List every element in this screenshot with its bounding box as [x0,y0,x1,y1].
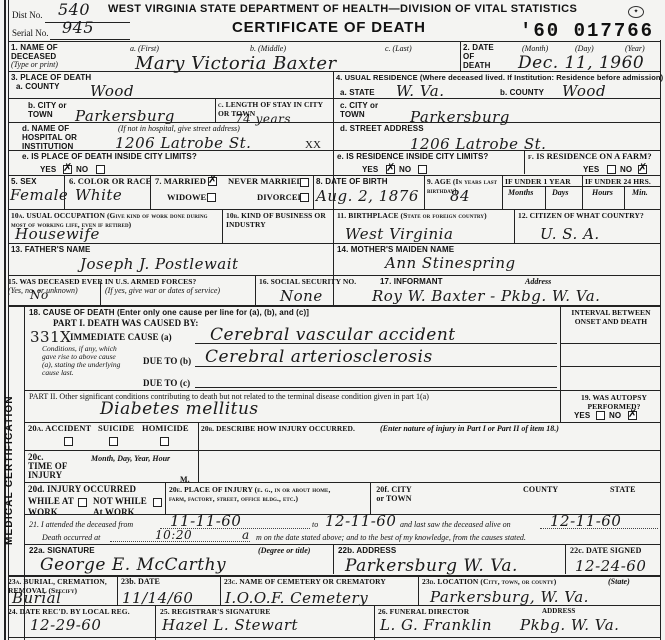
dotted-line [540,528,658,529]
armed-value: No [30,288,49,302]
rule [24,450,660,451]
attended-to: 12-11-60 [325,512,396,530]
injury-occurred-label: 20d. INJURY OCCURRED [28,485,136,494]
farm-yes-checkbox[interactable] [607,165,616,174]
rule [64,175,65,209]
father-label: 13. FATHER'S NAME [11,245,90,254]
injury-county-label: COUNTY [523,485,558,494]
farm-no-checkbox[interactable] [638,165,647,174]
hospital-hint: (If not in hospital, give street address… [118,124,240,133]
cemetery-label: 23c. NAME OF CEMETERY OR CREMATORY [224,577,386,586]
dotted-line [110,541,250,542]
burial-date-label: 23b. DATE [121,577,160,586]
dob-value: Aug. 2, 1876 [316,187,419,205]
funeral-director-value: L. G. Franklin [380,616,492,634]
pod-city-label: b. CITY or TOWN [28,101,68,119]
pod-no-label: NO [76,165,88,174]
time-of-injury-label: 20c. TIME OF INJURY [28,453,68,480]
widowed-label: WIDOWED [167,193,213,202]
autopsy-yes-checkbox[interactable] [596,411,605,420]
rule [8,605,660,606]
state-seal-icon: ✦ [628,6,644,18]
armed-forces-label: 15. WAS DECEASED EVER IN U.S. ARMED FORC… [8,277,196,286]
not-while-at-work-checkbox[interactable] [153,498,162,507]
time-hint: Month, Day, Year, Hour [91,454,170,463]
rule [514,209,515,243]
while-at-work-checkbox[interactable] [78,498,87,507]
rule [333,544,334,574]
death-ampm: a [242,528,250,542]
pod-inside-limits-label: e. IS PLACE OF DEATH INSIDE CITY LIMITS? [22,152,197,161]
degree-label: (Degree or title) [258,546,310,555]
age-value: 84 [450,187,470,205]
farm-label: f. IS RESIDENCE ON A FARM? [528,152,652,161]
sex-label: 5. SEX [11,177,37,186]
divorced-checkbox[interactable] [300,193,309,202]
location-value: Parkersburg, W. Va. [430,588,589,606]
rule [370,482,371,514]
rule [582,175,583,209]
rule [560,390,561,422]
days-label: Days [552,188,568,197]
day-label: (Day) [575,44,594,53]
pod-county-label: a. COUNTY [16,82,60,91]
divorced-label: DIVORCED [257,193,304,202]
suicide-label: SUICIDE [98,424,134,433]
rule [524,150,525,174]
res-city: Parkersburg [410,108,510,126]
informant-value: Roy W. Baxter - Pkbg. W. Va. [372,287,600,305]
due-b-label: DUE TO (b) [143,357,191,366]
signature-label: 22a. SIGNATURE [29,546,95,555]
certificate-number: '60 017766 [520,20,654,42]
married-label: 7. MARRIED [155,177,206,186]
birthplace-label: 11. BIRTHPLACE (State or foreign country… [337,211,487,220]
rule [313,175,314,209]
rule [24,482,660,483]
immediate-value: Cerebral vascular accident [210,325,456,345]
mother-value: Ann Stinespring [385,254,516,272]
under1-label: IF UNDER 1 YEAR [505,177,571,186]
farm-no-label: NO [620,165,632,174]
rule [8,98,660,99]
business-label: 10b. KIND OF BUSINESS OR INDUSTRY [226,211,331,229]
address-label: 22b. ADDRESS [338,546,396,555]
physician-signature: George E. McCarthy [40,555,226,575]
name-sub: (Type or print) [11,60,58,69]
date-signed-label: 22c. DATE SIGNED [570,546,641,555]
rule [8,122,660,123]
sex-value: Female [10,186,68,204]
suicide-checkbox[interactable] [109,437,118,446]
dist-no-value: 540 [58,0,90,19]
hospital-label: d. NAME OF HOSPITAL OR INSTITUTION [22,124,107,151]
rule [165,482,166,514]
rule [560,366,660,367]
date-of-death-label: 2. DATE OF DEATH [463,43,503,70]
location-state-label: (State) [608,577,630,586]
medical-certification-label: MEDICAL CERTIFICATION [4,395,15,545]
res-yes-label: YES [362,165,378,174]
part2-value: Diabetes mellitus [100,399,259,419]
rule [195,343,557,344]
homicide-label: HOMICIDE [142,424,189,433]
dist-no-label: Dist No. [12,10,43,20]
funeral-director-label: 26. FUNERAL DIRECTOR [378,607,469,616]
rule [460,41,461,71]
autopsy-yes-label: YES [574,411,590,420]
immediate-label: IMMEDIATE CAUSE (a) [70,333,172,342]
year-label: (Year) [625,44,645,53]
ssn-label: 16. SOCIAL SECURITY NO. [259,277,356,286]
death-certificate: Dist No. 540 Serial No. 945 WEST VIRGINI… [0,0,665,640]
occupation-value: Housewife [15,225,100,243]
never-married-checkbox[interactable] [300,178,309,187]
accident-label: 20a. ACCIDENT [28,424,91,433]
autopsy-label: 19. WAS AUTOPSY PERFORMED? [570,393,658,411]
res-no-label: NO [399,165,411,174]
homicide-checkbox[interactable] [160,437,169,446]
last-label: c. (Last) [385,44,412,53]
informant-label: 17. INFORMANT [380,277,443,286]
rule [560,343,660,344]
race-value: White [75,186,122,204]
under24-label: IF UNDER 24 HRS. [585,177,651,186]
farm-yes-label: YES [583,165,599,174]
rule [545,186,546,209]
due-b-value: Cerebral arteriosclerosis [205,347,433,367]
pod-yes-label: YES [40,165,56,174]
rule [150,175,151,209]
rule [374,605,375,640]
rule [424,175,425,209]
informant-address-label: Address [525,277,551,286]
rule [8,41,660,42]
underline [50,39,130,40]
rule [195,366,557,367]
location-label: 23d. LOCATION (City, town, or county) [422,577,556,586]
rule [215,98,216,122]
date-signed-value: 12-24-60 [575,557,646,575]
rule [24,390,660,391]
middle-label: b. (Middle) [250,44,286,53]
rule [155,605,156,640]
attended-label: 21. I attended the deceased from [29,520,133,529]
death-occurred-suffix: m on the date stated above; and to the b… [256,533,526,542]
death-occurred-label: Death occurred at [42,533,100,542]
rule [195,387,557,388]
rule [117,575,118,605]
describe-label: 20b. DESCRIBE HOW INJURY OCCURRED. [201,424,355,433]
rule [198,422,199,482]
rule [220,575,221,605]
place-of-death-label: 3. PLACE OF DEATH [11,73,91,82]
to-label: to [312,520,318,529]
place-of-injury-label: 20e. PLACE OF INJURY (e. g., in or about… [169,485,344,503]
race-label: 6. COLOR OR RACE [69,177,151,186]
rule [8,637,660,638]
date-of-death-value: Dec. 11, 1960 [518,53,644,73]
rule [565,544,566,574]
due-c-label: DUE TO (c) [143,379,190,388]
rule [8,275,660,276]
months-label: Months [508,188,533,197]
ssn-value: None [280,287,323,305]
rule [255,275,256,305]
agency-title: WEST VIRGINIA STATE DEPARTMENT OF HEALTH… [108,3,577,15]
rule [502,175,503,209]
injury-city-label: 20f. CITY or TOWN [374,485,414,503]
min-label: Min. [632,188,648,197]
conditions-hint: Conditions, if any, which gave rise to a… [42,345,127,377]
res-inside-no-checkbox[interactable] [418,165,427,174]
rule [560,305,561,390]
month-label: (Month) [522,44,548,53]
birthplace-value: West Virginia [345,225,453,243]
certificate-title: CERTIFICATE OF DEATH [232,19,426,36]
never-married-label: NEVER MARRIED [228,177,303,186]
rule [8,243,660,244]
residence-label: 4. USUAL RESIDENCE (Where deceased lived… [336,73,663,82]
father-value: Joseph J. Postlewait [80,255,239,273]
rule [100,283,101,305]
rule [8,71,660,72]
border-right [660,40,661,640]
received-value: 12-29-60 [30,616,101,634]
res-county-label: b. COUNTY [500,88,544,97]
injury-state-label: STATE [610,485,636,494]
armed-hint2: (If yes, give war or dates of service) [105,286,220,295]
autopsy-no-checkbox[interactable] [628,411,637,420]
describe-hint: (Enter nature of injury in Part I or Par… [380,424,559,433]
res-city-label: c. CITY or TOWN [340,101,380,119]
serial-no-value: 945 [62,18,94,37]
street-label: d. STREET ADDRESS [340,124,424,133]
citizen-value: U. S. A. [540,225,600,243]
rule [624,186,625,209]
rule [418,575,419,605]
res-inside-yes-checkbox[interactable] [386,165,395,174]
death-time: 10:20 [155,528,192,542]
hours-label: Hours [592,188,613,197]
name-label: 1. NAME OF DECEASED [11,43,71,61]
autopsy-no-label: NO [609,411,621,420]
part1-label: PART I. DEATH WAS CAUSED BY: [53,319,199,328]
physician-address: Parkersburg W. Va. [345,556,518,576]
stay-value: 74 years [235,112,291,126]
rule [8,209,660,210]
rule [8,305,660,307]
rule [502,186,660,187]
married-checkbox[interactable] [208,177,217,186]
citizen-label: 12. CITIZEN OF WHAT COUNTRY? [518,211,644,220]
pod-inside-no-checkbox[interactable] [96,165,105,174]
widowed-checkbox[interactable] [207,193,216,202]
res-inside-limits-label: e. IS RESIDENCE INSIDE CITY LIMITS? [337,152,488,161]
registrar-label: 25. REGISTRAR'S SIGNATURE [160,607,271,616]
mother-label: 14. MOTHER'S MAIDEN NAME [337,245,454,254]
dob-label: 8. DATE OF BIRTH [316,177,388,186]
rule [222,209,223,243]
registrar-signature: Hazel L. Stewart [162,616,298,634]
last-seen-label: and last saw the deceased alive on [400,520,511,529]
first-label: a. (First) [130,44,159,53]
accident-checkbox[interactable] [64,437,73,446]
funeral-address-value: Pkbg. W. Va. [520,616,619,634]
res-state-label: a. STATE [340,88,375,97]
received-label: 24. DATE REC'D. BY LOCAL REG. [8,607,130,616]
serial-no-label: Serial No. [12,28,49,38]
cause-label: 18. CAUSE OF DEATH (Enter only one cause… [29,308,309,317]
funeral-address-label: ADDRESS [542,607,575,616]
pod-inside-yes-checkbox[interactable] [63,165,72,174]
interval-label: INTERVAL BETWEEN ONSET AND DEATH [566,308,656,326]
